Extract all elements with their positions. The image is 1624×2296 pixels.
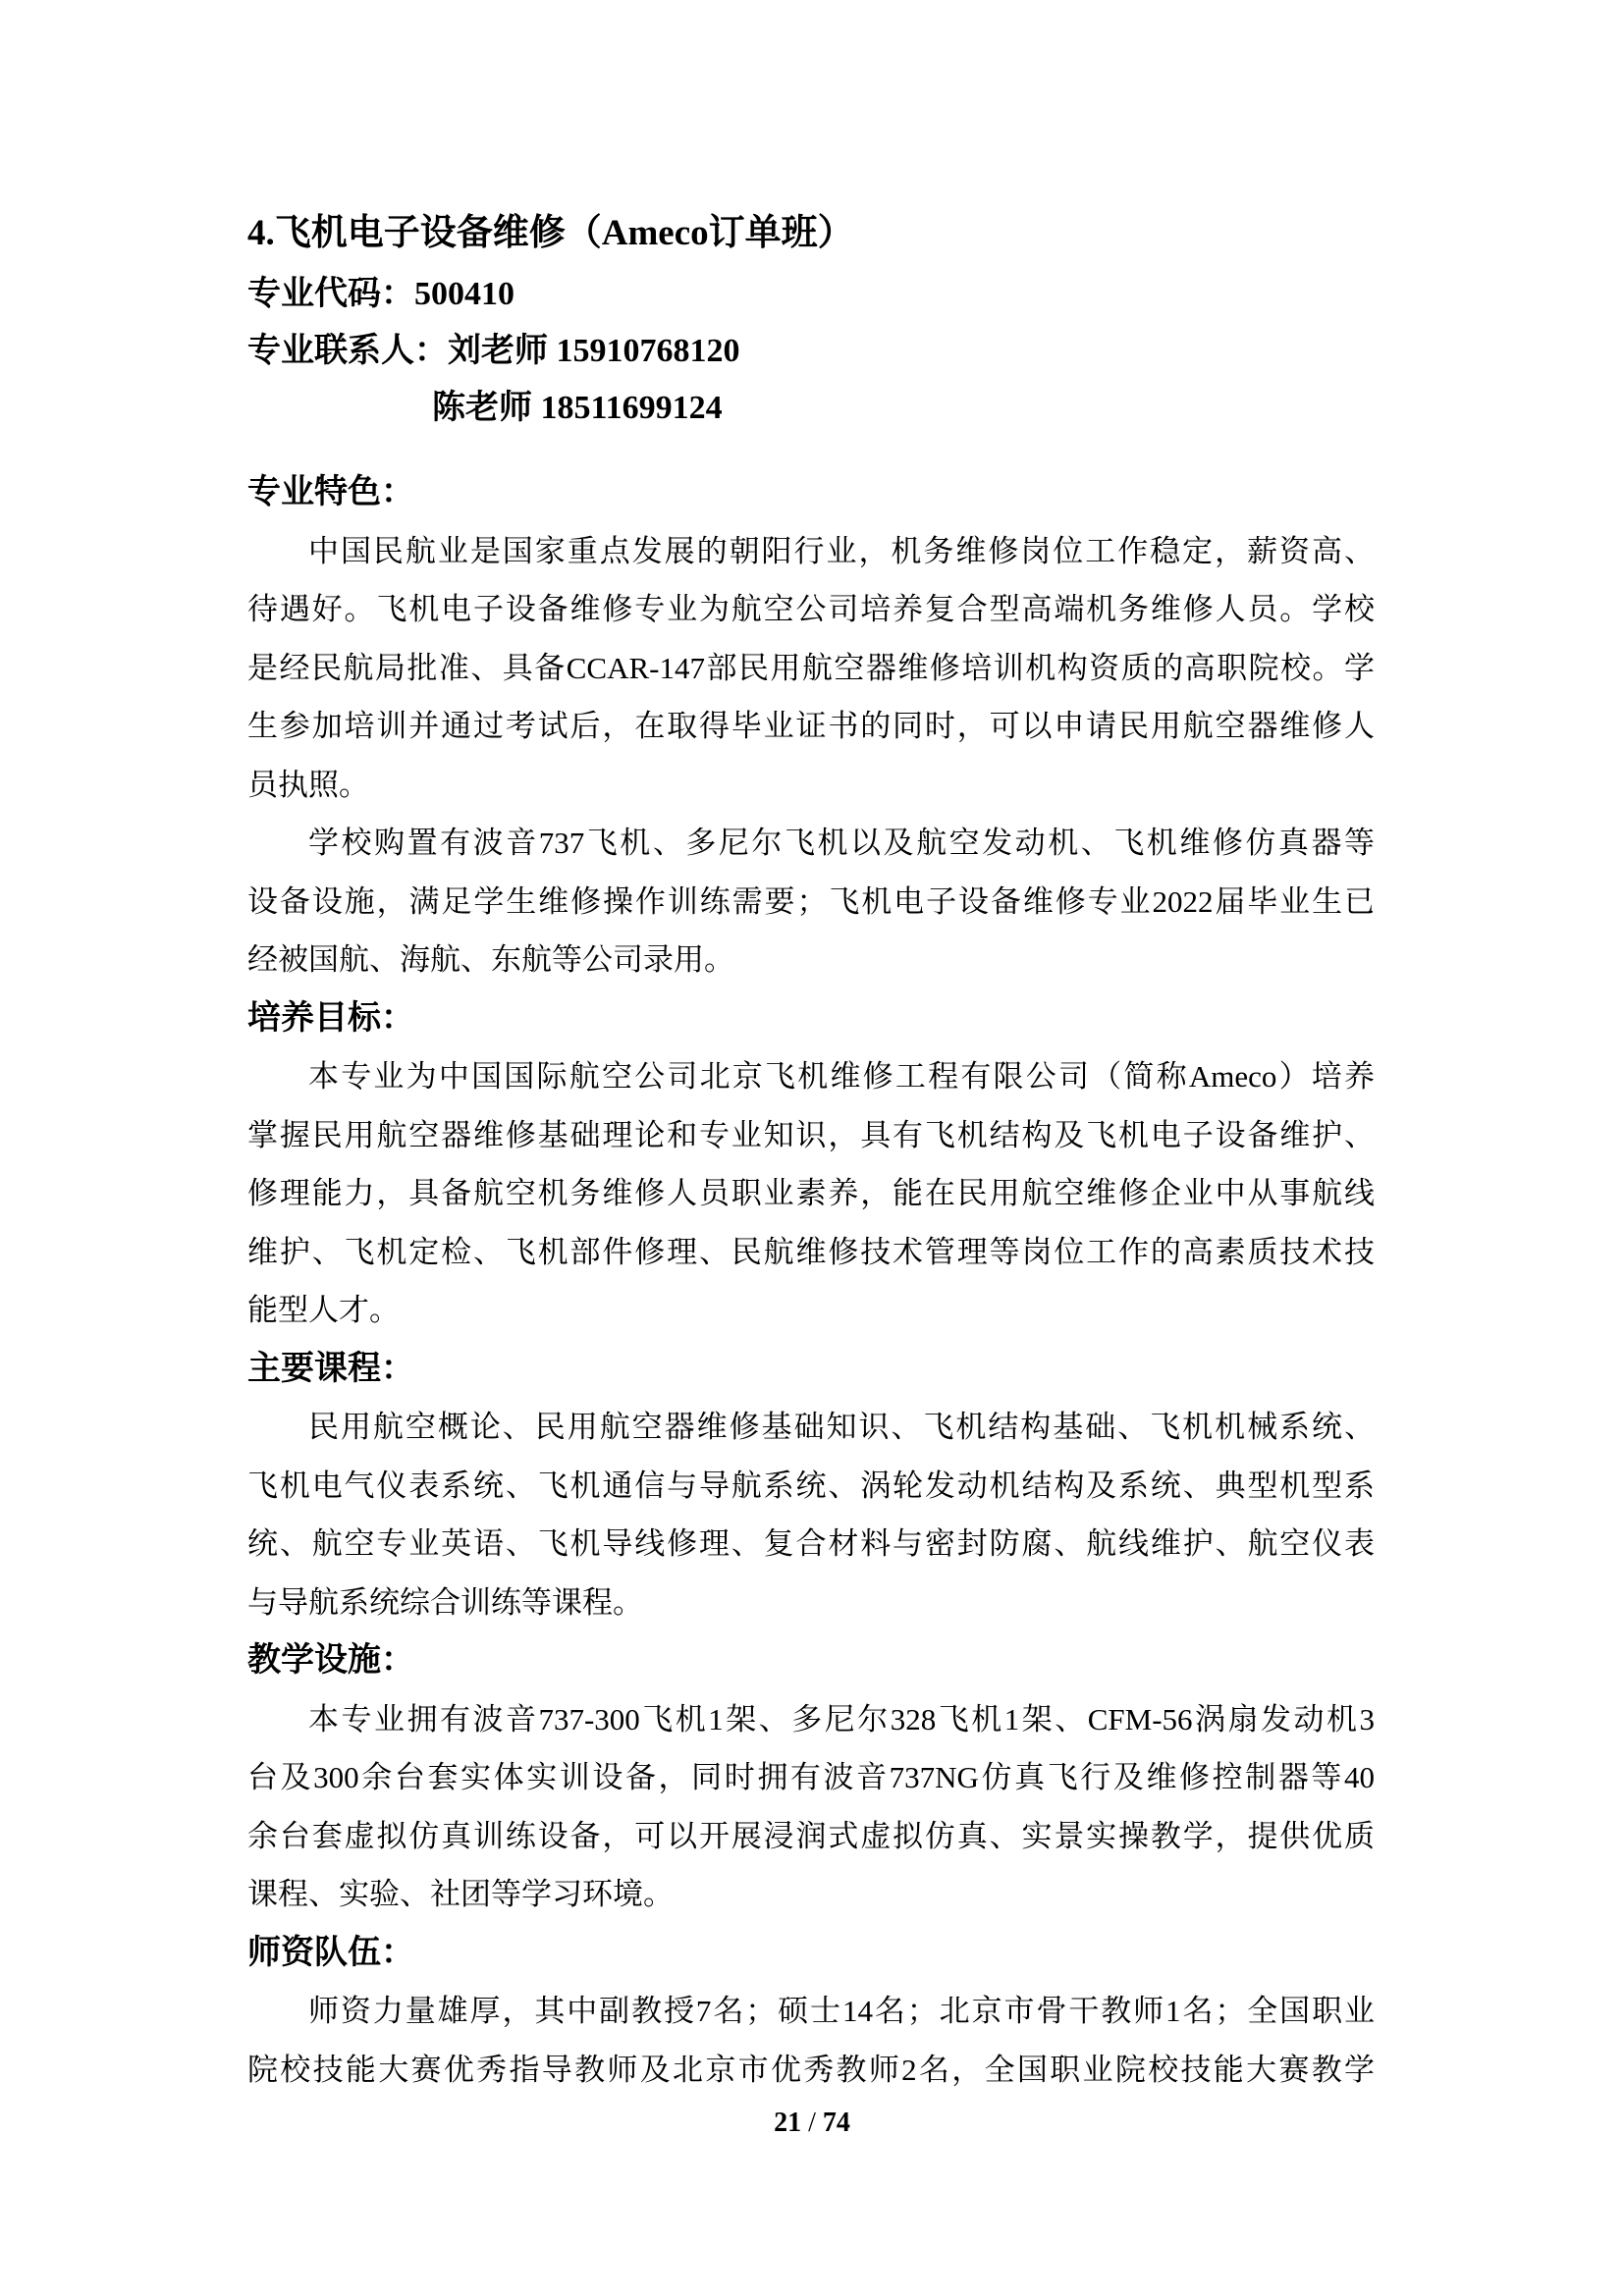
section-major-features: 专业特色： 中国民航业是国家重点发展的朝阳行业，机务维修岗位工作稳定，薪资高、 … <box>247 463 1375 989</box>
section-heading: 教学设施： <box>247 1631 1375 1690</box>
text-line: 生参加培训并通过考试后，在取得毕业证书的同时，可以申请民用航空器维修人 <box>247 697 1375 756</box>
text-line: 能型人才。 <box>247 1281 1375 1340</box>
text-line: 与导航系统综合训练等课程。 <box>247 1574 1375 1632</box>
section-heading: 培养目标： <box>247 989 1375 1048</box>
document-header: 4.飞机电子设备维修（Ameco订单班） 专业代码：500410 专业联系人：刘… <box>247 201 1375 437</box>
vertical-spacer <box>247 437 1375 463</box>
text-line: 修理能力，具备航空机务维修人员职业素养，能在民用航空维修企业中从事航线 <box>247 1164 1375 1223</box>
section-teaching-facilities: 教学设施： 本专业拥有波音737-300飞机1架、多尼尔328飞机1架、CFM-… <box>247 1631 1375 1924</box>
text-line: 本专业拥有波音737-300飞机1架、多尼尔328飞机1架、CFM-56涡扇发动… <box>247 1690 1375 1749</box>
total-page-count: 74 <box>823 2108 850 2138</box>
text-line: 院校技能大赛优秀指导教师及北京市优秀教师2名，全国职业院校技能大赛教学 <box>247 2041 1375 2100</box>
section-heading: 主要课程： <box>247 1340 1375 1399</box>
text-line: 学校购置有波音737飞机、多尼尔飞机以及航空发动机、飞机维修仿真器等 <box>247 814 1375 873</box>
contact-line-primary: 专业联系人：刘老师 15910768120 <box>247 323 1375 380</box>
text-line: 民用航空概论、民用航空器维修基础知识、飞机结构基础、飞机机械系统、 <box>247 1398 1375 1457</box>
text-line: 统、航空专业英语、飞机导线修理、复合材料与密封防腐、航线维护、航空仪表 <box>247 1515 1375 1574</box>
contact-line-secondary: 陈老师 18511699124 <box>247 380 1375 437</box>
text-line: 掌握民用航空器维修基础理论和专业知识，具有飞机结构及飞机电子设备维护、 <box>247 1106 1375 1165</box>
section-main-courses: 主要课程： 民用航空概论、民用航空器维修基础知识、飞机结构基础、飞机机械系统、 … <box>247 1340 1375 1632</box>
major-code-line: 专业代码：500410 <box>247 266 1375 323</box>
section-heading: 专业特色： <box>247 463 1375 522</box>
text-line: 飞机电气仪表系统、飞机通信与导航系统、涡轮发动机结构及系统、典型机型系 <box>247 1457 1375 1516</box>
text-line: 师资力量雄厚，其中副教授7名；硕士14名；北京市骨干教师1名；全国职业 <box>247 1982 1375 2041</box>
document-title: 4.飞机电子设备维修（Ameco订单班） <box>247 201 1375 266</box>
document-content: 4.飞机电子设备维修（Ameco订单班） 专业代码：500410 专业联系人：刘… <box>247 201 1375 2099</box>
text-line: 台及300余台套实体实训设备，同时拥有波音737NG仿真飞行及维修控制器等40 <box>247 1748 1375 1807</box>
text-line: 经被国航、海航、东航等公司录用。 <box>247 931 1375 989</box>
text-line: 设备设施，满足学生维修操作训练需要；飞机电子设备维修专业2022届毕业生已 <box>247 873 1375 932</box>
section-heading: 师资队伍： <box>247 1924 1375 1983</box>
text-line: 维护、飞机定检、飞机部件修理、民航维修技术管理等岗位工作的高素质技术技 <box>247 1223 1375 1282</box>
text-line: 员执照。 <box>247 756 1375 815</box>
text-line: 余台套虚拟仿真训练设备，可以开展浸润式虚拟仿真、实景实操教学，提供优质 <box>247 1807 1375 1866</box>
text-line: 课程、实验、社团等学习环境。 <box>247 1865 1375 1924</box>
text-line: 本专业为中国国际航空公司北京飞机维修工程有限公司（简称Ameco）培养 <box>247 1047 1375 1106</box>
text-line: 是经民航局批准、具备CCAR-147部民用航空器维修培训机构资质的高职院校。学 <box>247 639 1375 698</box>
text-line: 中国民航业是国家重点发展的朝阳行业，机务维修岗位工作稳定，薪资高、 <box>247 522 1375 581</box>
section-faculty: 师资队伍： 师资力量雄厚，其中副教授7名；硕士14名；北京市骨干教师1名；全国职… <box>247 1924 1375 2100</box>
section-training-objectives: 培养目标： 本专业为中国国际航空公司北京飞机维修工程有限公司（简称Ameco）培… <box>247 989 1375 1340</box>
document-page: 4.飞机电子设备维修（Ameco订单班） 专业代码：500410 专业联系人：刘… <box>0 0 1624 2296</box>
page-footer: 21/74 <box>0 2107 1624 2140</box>
page-separator: / <box>808 2108 816 2138</box>
current-page-number: 21 <box>774 2108 801 2138</box>
text-line: 待遇好。飞机电子设备维修专业为航空公司培养复合型高端机务维修人员。学校 <box>247 580 1375 639</box>
